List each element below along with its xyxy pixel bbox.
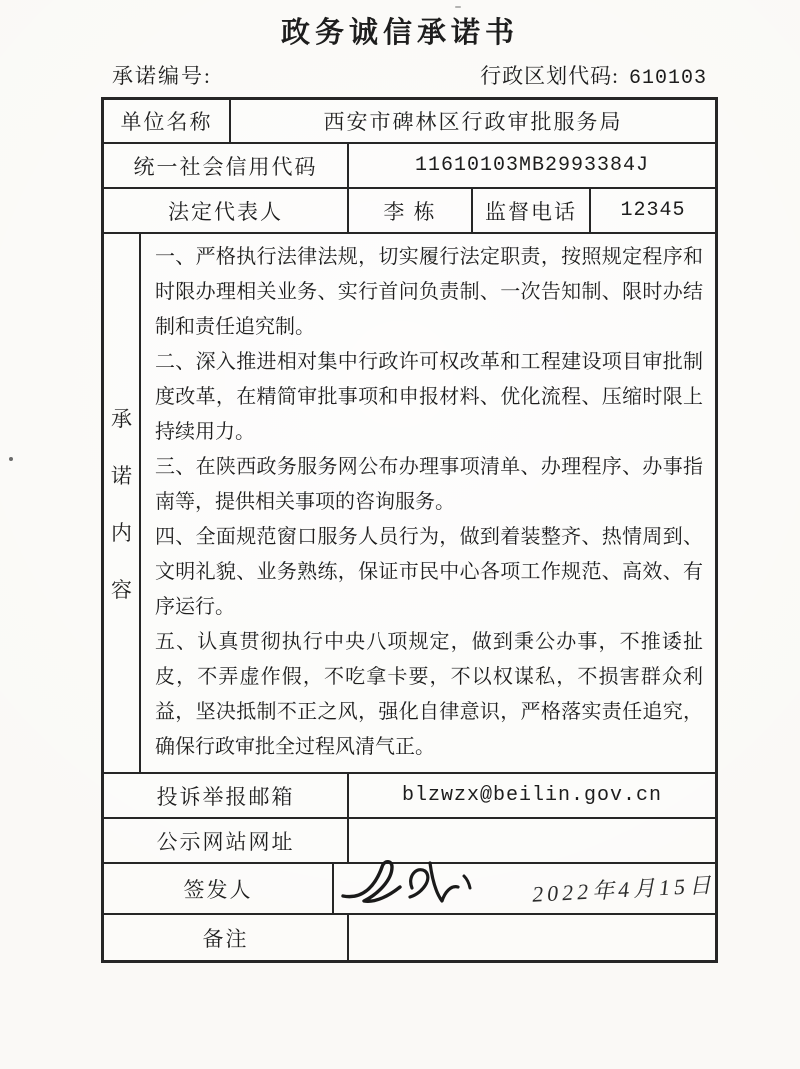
vertical-label-char: 容 xyxy=(111,574,132,604)
row-issuer: 签发人 2022年4月15日 xyxy=(104,864,715,915)
vertical-label-char: 诺 xyxy=(111,460,132,490)
row-legal-rep: 法定代表人 李 栋 监督电话 12345 xyxy=(104,189,715,234)
remarks-label: 备注 xyxy=(104,915,349,960)
issuer-label: 签发人 xyxy=(104,864,334,913)
public-website-label: 公示网站网址 xyxy=(104,819,349,862)
vertical-label-char: 承 xyxy=(111,403,132,433)
row-unit-name: 单位名称 西安市碑林区行政审批服务局 xyxy=(104,100,715,144)
legal-rep-value: 李 栋 xyxy=(349,189,473,232)
scan-speck xyxy=(9,457,13,461)
district-code-label: 行政区划代码: xyxy=(480,64,619,88)
commitment-content-label: 承 诺 内 容 xyxy=(104,234,141,772)
scan-speck xyxy=(455,6,461,8)
promise-number-label: 承诺编号: xyxy=(112,60,212,90)
supervisory-phone-label: 监督电话 xyxy=(473,189,591,232)
unit-name-value: 西安市碑林区行政审批服务局 xyxy=(231,100,715,142)
commitment-paragraph: 一、严格执行法律法规，切实履行法定职责，按照规定程序和时限办理相关业务、实行首问… xyxy=(155,240,703,345)
row-commitment-content: 承 诺 内 容 一、严格执行法律法规，切实履行法定职责，按照规定程序和时限办理相… xyxy=(104,234,715,774)
form-table: 单位名称 西安市碑林区行政审批服务局 统一社会信用代码 11610103MB29… xyxy=(101,97,718,963)
row-remarks: 备注 xyxy=(104,915,715,960)
issue-date: 2022年4月15日 xyxy=(531,868,715,909)
page-title: 政务诚信承诺书 xyxy=(0,10,800,51)
complaint-email-label: 投诉举报邮箱 xyxy=(104,774,349,817)
credit-code-label: 统一社会信用代码 xyxy=(104,144,349,187)
row-credit-code: 统一社会信用代码 11610103MB2993384J xyxy=(104,144,715,189)
commitment-content-text: 一、严格执行法律法规，切实履行法定职责，按照规定程序和时限办理相关业务、实行首问… xyxy=(141,234,715,772)
commitment-paragraph: 二、深入推进相对集中行政许可权改革和工程建设项目审批制度改革，在精简审批事项和申… xyxy=(155,345,703,450)
supervisory-phone-value: 12345 xyxy=(591,189,715,232)
credit-code-value: 11610103MB2993384J xyxy=(349,144,715,187)
district-code: 行政区划代码:610103 xyxy=(480,60,707,90)
commitment-paragraph: 四、全面规范窗口服务人员行为，做到着装整齐、热情周到、文明礼貌、业务熟练，保证市… xyxy=(155,520,703,625)
issuer-signature-cell: 2022年4月15日 xyxy=(334,864,715,913)
commitment-paragraph: 三、在陕西政务服务网公布办理事项清单、办理程序、办事指南等，提供相关事项的咨询服… xyxy=(155,450,703,520)
document-page: 政务诚信承诺书 承诺编号: 行政区划代码:610103 单位名称 西安市碑林区行… xyxy=(0,0,800,1069)
vertical-label-char: 内 xyxy=(111,517,132,547)
district-code-value: 610103 xyxy=(629,67,707,90)
commitment-paragraph: 五、认真贯彻执行中央八项规定，做到秉公办事，不推诿扯皮，不弄虚作假，不吃拿卡要，… xyxy=(155,625,703,765)
remarks-value xyxy=(349,915,715,960)
legal-rep-label: 法定代表人 xyxy=(104,189,349,232)
row-complaint-email: 投诉举报邮箱 blzwzx@beilin.gov.cn xyxy=(104,774,715,819)
complaint-email-value: blzwzx@beilin.gov.cn xyxy=(349,774,715,817)
unit-name-label: 单位名称 xyxy=(104,100,231,142)
signature-handwriting-icon xyxy=(340,854,490,914)
